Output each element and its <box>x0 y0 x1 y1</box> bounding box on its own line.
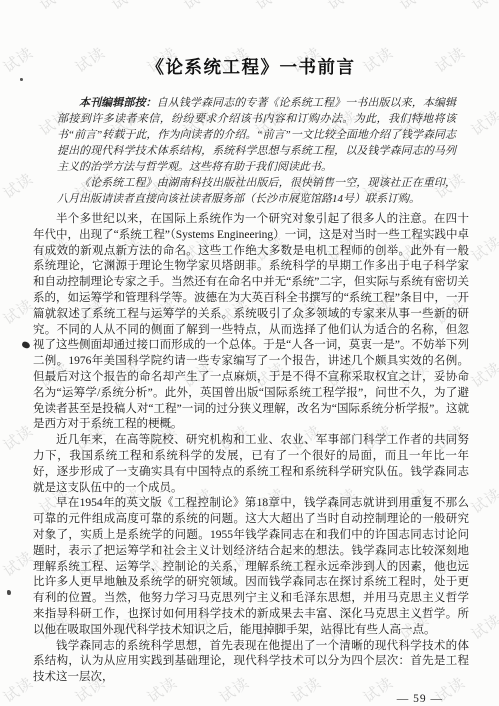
editorial-note: 本刊编辑部按：自从钱学森同志的专著《论系统工程》一书出版以来，本编辑部接到许多读… <box>57 95 456 207</box>
article-body: 半个多世纪以来，在国际上系统作为一个研究对象引起了很多人的注意。在四十年代中，出… <box>33 212 469 686</box>
page-number: — 59 — <box>33 693 469 705</box>
watermark-text: 试读 <box>0 0 1 14</box>
document-page: 试读试读试读试读试读试读试读试读试读试读试读试读试读试读试读试读试读试读试读试读… <box>0 0 499 706</box>
scan-speckle <box>20 78 23 81</box>
editorial-paragraph: 本刊编辑部按：自从钱学森同志的专著《论系统工程》一书出版以来，本编辑部接到许多读… <box>57 95 456 175</box>
watermark-text: 试读 <box>395 0 433 14</box>
watermark-text: 试读 <box>35 0 73 14</box>
body-paragraph: 钱学森同志的系统科学思想，首先表现在他提出了一个清晰的现代科学技术的体系结构，认… <box>33 639 469 686</box>
editorial-lead: 本刊编辑部按： <box>79 97 157 109</box>
watermark-text: 试读 <box>179 0 217 14</box>
page-content: 《论系统工程》一书前言 本刊编辑部按：自从钱学森同志的专著《论系统工程》一书出版… <box>0 54 499 705</box>
watermark-text: 试读 <box>107 0 145 14</box>
watermark-text: 试读 <box>251 0 289 14</box>
editorial-paragraph: 《论系统工程》由湖南科技出版社出版后，很快销售一空，现该社正在重印，八月出版请读… <box>57 175 456 207</box>
body-paragraph: 早在1954年的英文版《工程控制论》第18章中，钱学森同志就讲到用重复不那么可靠… <box>33 496 469 638</box>
watermark-text: 试读 <box>323 0 361 14</box>
page-title: 《论系统工程》一书前言 <box>33 54 469 79</box>
scan-speckle <box>47 317 49 319</box>
body-paragraph: 近几年来，在高等院校、研究机构和工业、农业、军事部门科学工作者的共同努力下，我国… <box>33 433 469 496</box>
scan-speckle <box>7 590 11 595</box>
body-paragraph: 半个多世纪以来，在国际上系统作为一个研究对象引起了很多人的注意。在四十年代中，出… <box>33 212 469 433</box>
watermark-text: 试读 <box>467 0 499 14</box>
